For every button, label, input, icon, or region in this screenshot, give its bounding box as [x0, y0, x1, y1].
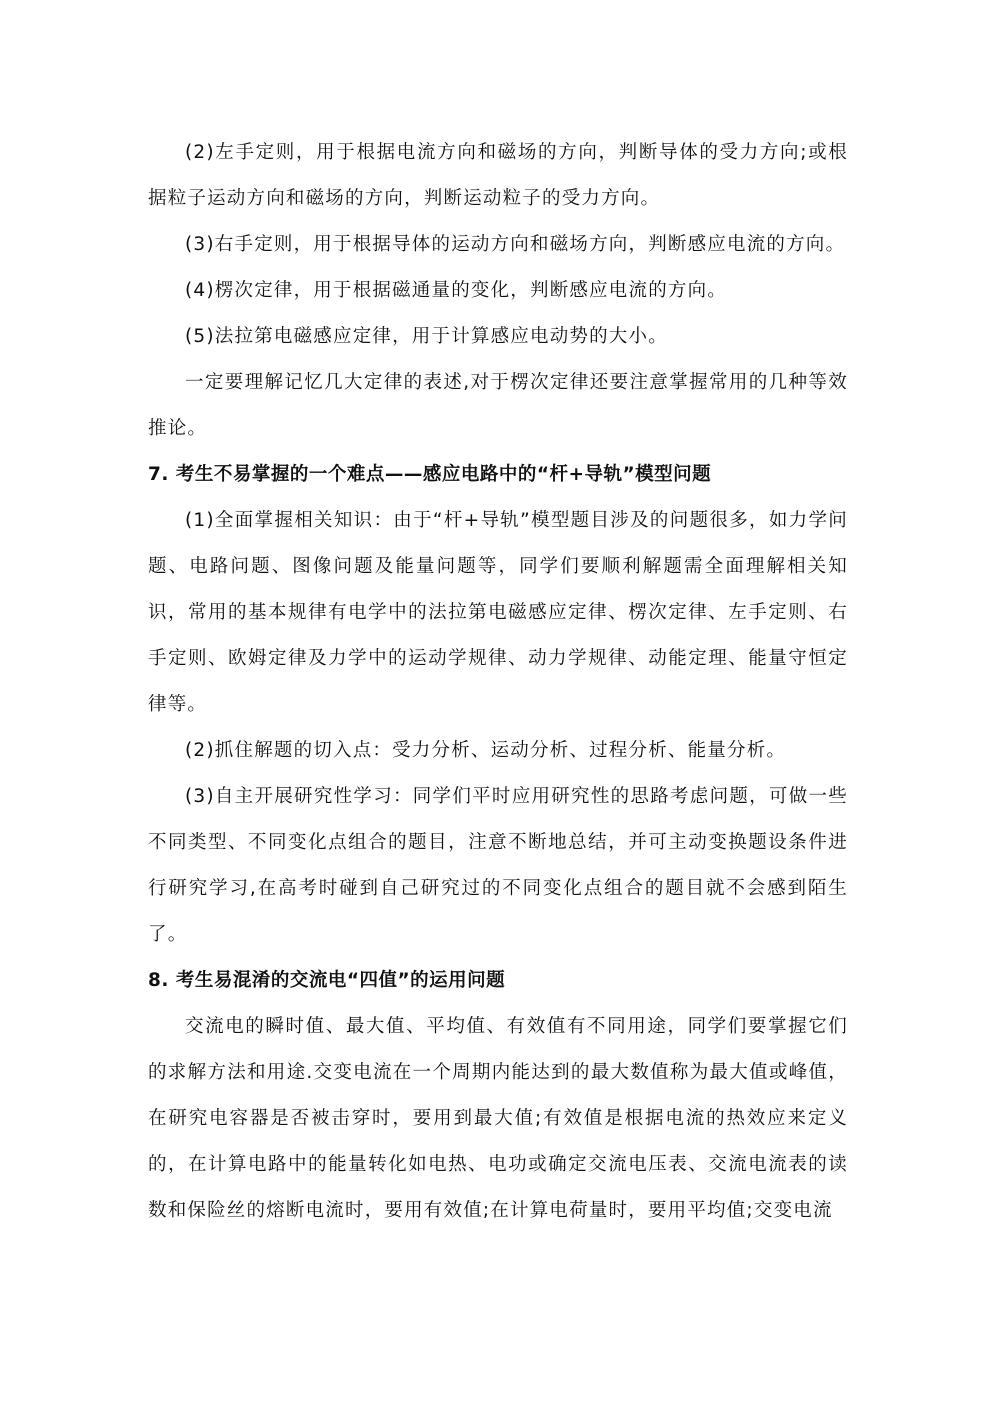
section-heading-7: 7. 考生不易掌握的一个难点——感应电路中的“杆+导轨”模型问题 — [148, 452, 848, 498]
paragraph-ac-four-values: 交流电的瞬时值、最大值、平均值、有效值有不同用途，同学们要掌握它们的求解方法和用… — [148, 1004, 848, 1234]
paragraph-faraday-law: (5)法拉第电磁感应定律，用于计算感应电动势的大小。 — [148, 314, 848, 360]
paragraph-knowledge: (1)全面掌握相关知识：由于“杆+导轨”模型题目涉及的问题很多，如力学问题、电路… — [148, 498, 848, 728]
paragraph-entry-point: (2)抓住解题的切入点：受力分析、运动分析、过程分析、能量分析。 — [148, 728, 848, 774]
document-page: (2)左手定则，用于根据电流方向和磁场的方向，判断导体的受力方向;或根据粒子运动… — [148, 130, 848, 1234]
paragraph-research-learning: (3)自主开展研究性学习：同学们平时应用研究性的思路考虑问题，可做一些不同类型、… — [148, 774, 848, 958]
section-heading-8: 8. 考生易混淆的交流电“四值”的运用问题 — [148, 958, 848, 1004]
paragraph-lenz-law: (4)楞次定律，用于根据磁通量的变化，判断感应电流的方向。 — [148, 268, 848, 314]
paragraph-left-hand-rule: (2)左手定则，用于根据电流方向和磁场的方向，判断导体的受力方向;或根据粒子运动… — [148, 130, 848, 222]
paragraph-right-hand-rule: (3)右手定则，用于根据导体的运动方向和磁场方向，判断感应电流的方向。 — [148, 222, 848, 268]
paragraph-memorize-laws: 一定要理解记忆几大定律的表述,对于楞次定律还要注意掌握常用的几种等效推论。 — [148, 360, 848, 452]
